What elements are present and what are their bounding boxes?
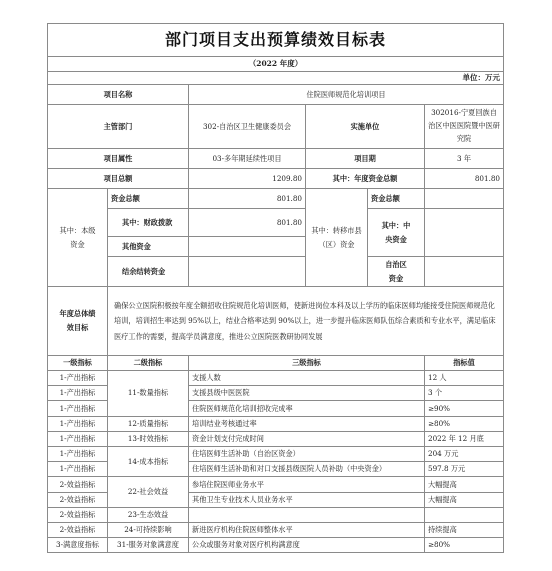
level1-cell: 2-效益指标 — [48, 477, 108, 492]
performance-target-sheet: 部门项目支出预算绩效目标表 （2022 年度） 单位：万元 项目名称 住院医师规… — [47, 23, 503, 553]
table-row: 1-产出指标 13-时效指标 资金计划支付完成时间 2022 年 12 月底 — [48, 431, 504, 446]
value-cell — [425, 507, 504, 522]
project-period-label: 项目期 — [306, 149, 425, 169]
level1-cell: 1-产出指标 — [48, 462, 108, 477]
value-cell: 大幅提高 — [425, 477, 504, 492]
level3-cell: 支援人数 — [189, 371, 425, 386]
transfer-total-value — [425, 189, 504, 209]
project-name-label: 项目名称 — [48, 85, 189, 105]
value-cell: 大幅提高 — [425, 492, 504, 507]
level2-cell: 31-服务对象满意度 — [108, 538, 189, 553]
level1-cell: 2-效益指标 — [48, 522, 108, 537]
project-total-value: 1209.80 — [189, 169, 306, 189]
table-row: 1-产出指标 14-成本指标 住培医师生活补助（自治区资金） 204 万元 — [48, 446, 504, 461]
table-row: 2-效益指标 22-社会效益 参培住院医师业务水平 大幅提高 — [48, 477, 504, 492]
value-cell: ≥80% — [425, 416, 504, 431]
impl-unit-label: 实施单位 — [306, 105, 425, 149]
transfer-funds-label: 其中：转移市县（区）资金 — [306, 189, 368, 287]
level3-cell: 资金计划支付完成时间 — [189, 431, 425, 446]
level3-cell: 公众或服务对象对医疗机构满意度 — [189, 538, 425, 553]
header-level1: 一级指标 — [48, 356, 108, 371]
fiscal-value: 801.80 — [189, 209, 306, 237]
annual-total-label: 其中：年度资金总额 — [306, 169, 425, 189]
level1-cell: 1-产出指标 — [48, 446, 108, 461]
level3-cell: 其他卫生专业技术人员业务水平 — [189, 492, 425, 507]
central-funds-value — [425, 209, 504, 257]
project-period-value: 3 年 — [425, 149, 504, 169]
table-row: 3-满意度指标 31-服务对象满意度 公众或服务对象对医疗机构满意度 ≥80% — [48, 538, 504, 553]
level3-cell: 住培医师生活补助和对口支援县级医院人员补助（中央资金） — [189, 462, 425, 477]
project-name-value: 住院医师规范化培训项目 — [189, 85, 504, 105]
project-attr-label: 项目属性 — [48, 149, 189, 169]
level3-cell: 参培住院医师业务水平 — [189, 477, 425, 492]
value-cell: 12 人 — [425, 371, 504, 386]
page-title: 部门项目支出预算绩效目标表 — [48, 24, 504, 57]
level3-cell: 支援县级中医医院 — [189, 386, 425, 401]
annual-goal-label: 年度总体绩效目标 — [48, 287, 108, 356]
value-cell: 204 万元 — [425, 446, 504, 461]
dept-label: 主管部门 — [48, 105, 189, 149]
table-row: 2-效益指标 24-可持续影响 新进医疗机构住院医师整体水平 持续提高 — [48, 522, 504, 537]
value-cell: ≥80% — [425, 538, 504, 553]
level3-cell: 住培医师生活补助（自治区资金） — [189, 446, 425, 461]
table-row: 1-产出指标 12-质量指标 培训结业考核通过率 ≥80% — [48, 416, 504, 431]
level3-cell: 培训结业考核通过率 — [189, 416, 425, 431]
level1-cell: 1-产出指标 — [48, 416, 108, 431]
annual-goal-text: 确保公立医院积极按年度全额招收住院规范化培训医师，使新进岗位本科及以上学历的临床… — [108, 287, 504, 356]
project-total-label: 项目总额 — [48, 169, 189, 189]
value-cell: 3 个 — [425, 386, 504, 401]
level1-cell: 3-满意度指标 — [48, 538, 108, 553]
table-row: 1-产出指标 11-数量指标 支援人数 12 人 — [48, 371, 504, 386]
level2-cell: 14-成本指标 — [108, 446, 189, 476]
region-funds-value — [425, 257, 504, 287]
level2-cell: 13-时效指标 — [108, 431, 189, 446]
region-funds-label: 自治区资金 — [368, 257, 425, 287]
level3-cell — [189, 507, 425, 522]
level1-cell: 1-产出指标 — [48, 431, 108, 446]
carryover-funds-label: 结余结转资金 — [108, 257, 189, 287]
header-value: 指标值 — [425, 356, 504, 371]
unit-label: 单位：万元 — [48, 72, 504, 85]
value-cell: 持续提高 — [425, 522, 504, 537]
level1-cell: 2-效益指标 — [48, 507, 108, 522]
dept-value: 302-自治区卫生健康委员会 — [189, 105, 306, 149]
other-funds-value — [189, 237, 306, 257]
level3-cell: 住院医师规范化培训招收完成率 — [189, 401, 425, 416]
level2-cell: 12-质量指标 — [108, 416, 189, 431]
local-total-label: 资金总额 — [108, 189, 189, 209]
local-total-value: 801.80 — [189, 189, 306, 209]
year-label: （2022 年度） — [48, 57, 504, 72]
transfer-total-label: 资金总额 — [368, 189, 425, 209]
header-level2: 二级指标 — [108, 356, 189, 371]
table-row: 2-效益指标 23-生态效益 — [48, 507, 504, 522]
annual-total-value: 801.80 — [425, 169, 504, 189]
performance-target-table: 部门项目支出预算绩效目标表 （2022 年度） 单位：万元 项目名称 住院医师规… — [47, 23, 504, 553]
impl-unit-value: 302016-宁夏回族自治区中医医院暨中医研究院 — [425, 105, 504, 149]
other-funds-label: 其他资金 — [108, 237, 189, 257]
value-cell: 597.8 万元 — [425, 462, 504, 477]
level1-cell: 1-产出指标 — [48, 401, 108, 416]
level2-cell: 24-可持续影响 — [108, 522, 189, 537]
local-funds-label: 其中：本级资金 — [48, 189, 108, 287]
level1-cell: 1-产出指标 — [48, 371, 108, 386]
level3-cell: 新进医疗机构住院医师整体水平 — [189, 522, 425, 537]
central-funds-label: 其中：中央资金 — [368, 209, 425, 257]
level2-cell: 11-数量指标 — [108, 371, 189, 417]
fiscal-label: 其中：财政拨款 — [108, 209, 189, 237]
level2-cell: 23-生态效益 — [108, 507, 189, 522]
carryover-funds-value — [189, 257, 306, 287]
value-cell: 2022 年 12 月底 — [425, 431, 504, 446]
level2-cell: 22-社会效益 — [108, 477, 189, 507]
project-attr-value: 03-多年期延续性项目 — [189, 149, 306, 169]
level1-cell: 2-效益指标 — [48, 492, 108, 507]
value-cell: ≥90% — [425, 401, 504, 416]
level1-cell: 1-产出指标 — [48, 386, 108, 401]
header-level3: 三级指标 — [189, 356, 425, 371]
indicator-header-row: 一级指标 二级指标 三级指标 指标值 — [48, 356, 504, 371]
